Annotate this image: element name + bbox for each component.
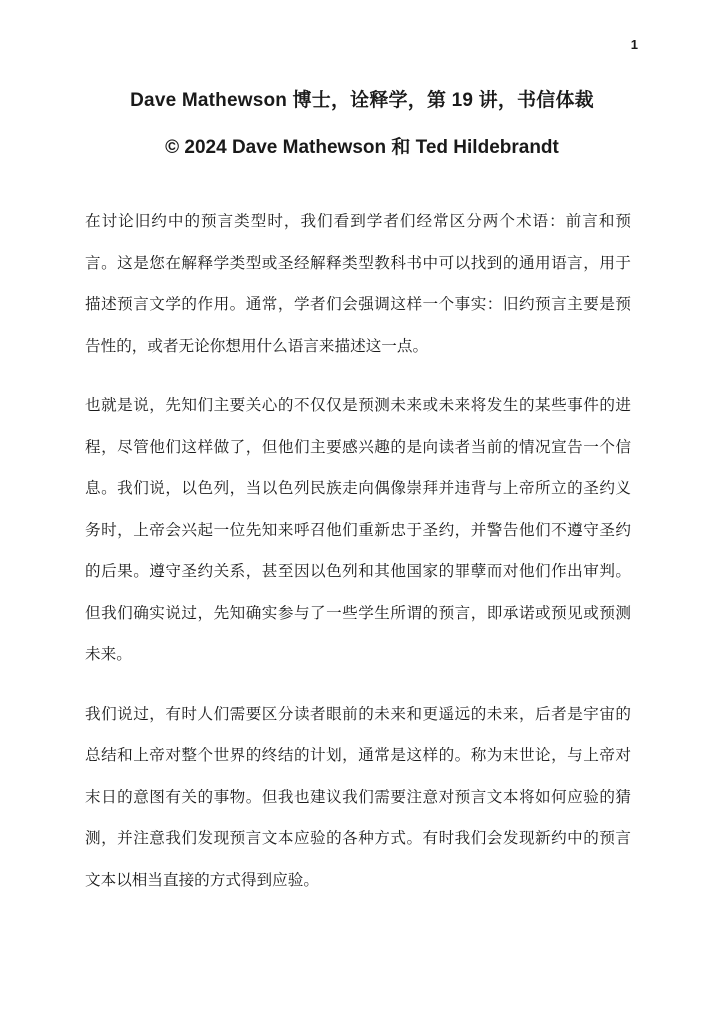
text-line: 描述预言文学的作用。通常，学者们会强调这样一个事实：旧约预言主要是预 <box>85 284 631 326</box>
body-paragraph-1: 在讨论旧约中的预言类型时，我们看到学者们经常区分两个术语：前言和预 言。这是您在… <box>85 201 631 367</box>
text-line: 言。这是您在解释学类型或圣经解释类型教科书中可以找到的通用语言，用于 <box>85 243 631 285</box>
text-line: 但我们确实说过，先知确实参与了一些学生所谓的预言，即承诺或预见或预测 <box>85 593 631 635</box>
text-line: 我们说过，有时人们需要区分读者眼前的未来和更遥远的未来，后者是宇宙的 <box>85 694 631 736</box>
text-line: 务时，上帝会兴起一位先知来呼召他们重新忠于圣约，并警告他们不遵守圣约 <box>85 510 631 552</box>
text-line: 末日的意图有关的事物。但我也建议我们需要注意对预言文本将如何应验的猜 <box>85 777 631 819</box>
document-body: 在讨论旧约中的预言类型时，我们看到学者们经常区分两个术语：前言和预 言。这是您在… <box>85 201 631 901</box>
text-line: 在讨论旧约中的预言类型时，我们看到学者们经常区分两个术语：前言和预 <box>85 201 631 243</box>
document-page: 1 Dave Mathewson 博士，诠释学，第 19 讲，书信体裁 © 20… <box>0 0 724 1024</box>
copyright-line: © 2024 Dave Mathewson 和 Ted Hildebrandt <box>0 135 724 161</box>
text-line: 息。我们说，以色列，当以色列民族走向偶像崇拜并违背与上帝所立的圣约义 <box>85 468 631 510</box>
body-paragraph-3: 我们说过，有时人们需要区分读者眼前的未来和更遥远的未来，后者是宇宙的 总结和上帝… <box>85 694 631 902</box>
page-number: 1 <box>631 37 638 52</box>
text-line: 程，尽管他们这样做了，但他们主要感兴趣的是向读者当前的情况宣告一个信 <box>85 427 631 469</box>
text-line: 测，并注意我们发现预言文本应验的各种方式。有时我们会发现新约中的预言 <box>85 818 631 860</box>
text-line: 未来。 <box>85 634 631 676</box>
document-title: Dave Mathewson 博士，诠释学，第 19 讲，书信体裁 <box>0 88 724 114</box>
text-line: 总结和上帝对整个世界的终结的计划，通常是这样的。称为末世论，与上帝对 <box>85 735 631 777</box>
text-line: 文本以相当直接的方式得到应验。 <box>85 860 631 902</box>
text-line: 也就是说，先知们主要关心的不仅仅是预测未来或未来将发生的某些事件的进 <box>85 385 631 427</box>
body-paragraph-2: 也就是说，先知们主要关心的不仅仅是预测未来或未来将发生的某些事件的进 程，尽管他… <box>85 385 631 676</box>
document-header: Dave Mathewson 博士，诠释学，第 19 讲，书信体裁 © 2024… <box>0 0 724 161</box>
text-line: 告性的，或者无论你想用什么语言来描述这一点。 <box>85 326 631 368</box>
text-line: 的后果。遵守圣约关系，甚至因以色列和其他国家的罪孽而对他们作出审判。 <box>85 551 631 593</box>
